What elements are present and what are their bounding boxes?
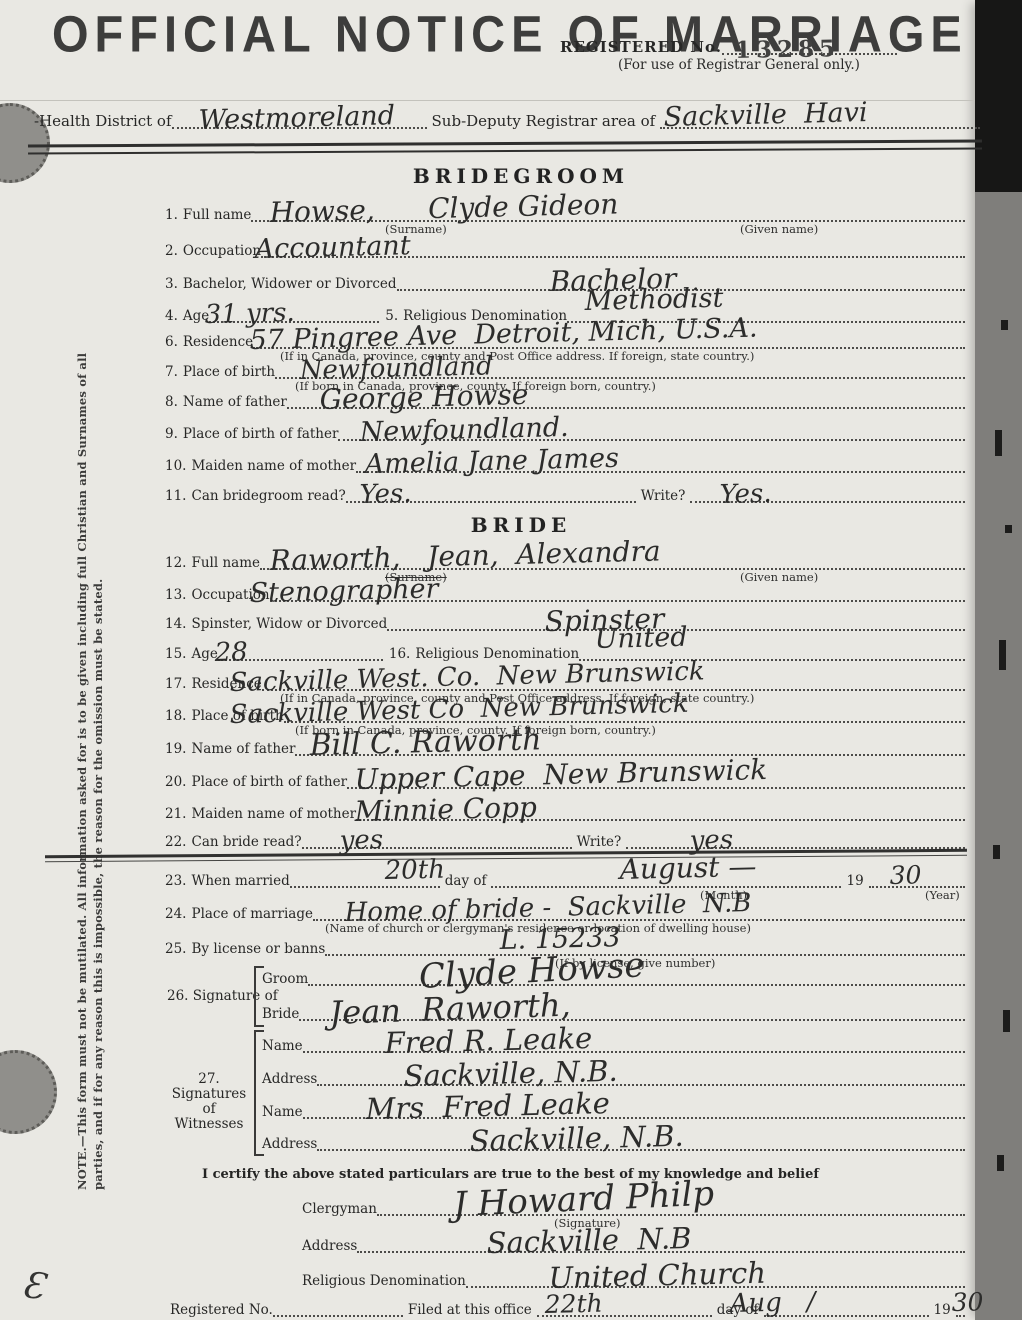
scan-noise-mark <box>995 430 1002 456</box>
hw-marriage-year: 30 <box>889 862 921 888</box>
field-bride-full-name: 12. Full name Raworth, Jean, Alexandra (… <box>165 553 965 570</box>
field-number: 12. <box>165 557 186 571</box>
scan-noise-mark <box>1001 320 1008 330</box>
write-label: Write? <box>577 836 622 850</box>
dotted-leader <box>273 1314 403 1317</box>
field-bride-birthplace: 18. Place of birth Sackville West Co New… <box>165 706 965 723</box>
hw-witness2-address: Sackville, N.B. <box>469 1122 684 1156</box>
field-bride-age-religion: 15. Age 16. Religious Denomination 28 Un… <box>165 644 965 661</box>
field-number: 3. <box>165 278 178 292</box>
hw-district: Westmoreland <box>198 102 395 134</box>
field-number: 25. <box>165 943 186 957</box>
field-label: Place of marriage <box>191 908 312 922</box>
hw-filed-day: 22th <box>544 1291 603 1317</box>
field-label: Maiden name of mother <box>191 460 356 474</box>
witnesses-label-line3: Witnesses <box>167 1117 251 1132</box>
section-divider <box>28 140 982 155</box>
bride-label: Bride <box>262 1008 299 1022</box>
address-label: Address <box>302 1240 357 1254</box>
filed-at-office-row: Registered No. Filed at this office day … <box>170 1300 965 1317</box>
field-number: 15. <box>165 648 186 662</box>
field-witness2-name: Name Mrs Fred Leake <box>262 1102 965 1119</box>
witnesses-label-line1: Signatures <box>172 1086 246 1102</box>
field-groom-literacy: 11. Can bridegroom read? Write? Yes. Yes… <box>165 486 965 503</box>
field-label: Full name <box>191 557 260 571</box>
registrar-general-note: (For use of Registrar General only.) <box>618 57 860 73</box>
field-groom-birthplace: 7. Place of birth Newfoundland (If born … <box>165 362 965 379</box>
hw-groom-can-write: Yes. <box>719 481 772 508</box>
scan-noise-mark <box>1003 1010 1010 1032</box>
field-groom-signature: Groom Clyde Howse <box>262 969 965 986</box>
clergyman-label: Clergyman <box>302 1203 377 1217</box>
field-clergyman-address: Address Sackville N.B <box>302 1236 965 1253</box>
field-number: 7. <box>165 366 178 380</box>
field-label: When married <box>191 875 289 889</box>
field-bride-signature: Bride Jean Raworth, <box>262 1004 965 1021</box>
field-label: Place of birth of father <box>191 776 347 790</box>
hw-clergyman-denomination: United Church <box>548 1259 766 1293</box>
hw-groom-religion: Methodist <box>584 285 723 315</box>
margin-note-line1: NOTE.—This form must not be mutilated. A… <box>74 378 90 1190</box>
field-label: Occupation <box>183 245 261 259</box>
health-district-label: -Health District of <box>34 114 172 129</box>
hw-marriage-day: 20th <box>384 857 445 884</box>
day-of-label: day of <box>445 875 487 889</box>
field-label: Name of father <box>191 743 295 757</box>
field-label: Place of birth of father <box>183 428 339 442</box>
field-label: Religious Denomination <box>415 648 579 662</box>
field-number: 24. <box>165 908 186 922</box>
filed-label: Filed at this office <box>408 1304 532 1318</box>
hw-marriage-month: August — <box>619 853 756 884</box>
field-label: Full name <box>183 209 252 223</box>
field-label: Can bridegroom read? <box>191 490 345 504</box>
scan-noise-mark <box>993 845 1000 859</box>
dotted-leader <box>290 885 440 888</box>
witness-name-label: Name <box>262 1040 303 1054</box>
field-number: 10. <box>165 460 186 474</box>
field-number: 2. <box>165 245 178 259</box>
hw-groom-can-read: Yes. <box>359 481 412 508</box>
hw-groom-occupation: Accountant <box>254 232 411 263</box>
field-label: Spinster, Widow or Divorced <box>191 618 387 632</box>
witnesses-label-line2: of <box>167 1102 251 1117</box>
field-witness2-address: Address Sackville, N.B. <box>262 1134 965 1151</box>
hw-bride-mother: Minnie Copp <box>354 794 537 826</box>
hw-witness1-name: Fred R. Leake <box>384 1024 592 1058</box>
registered-no-footer-label: Registered No. <box>170 1304 273 1318</box>
field-groom-full-name: 1. Full name Howse, Clyde Gideon (Surnam… <box>165 205 965 222</box>
field-label: Residence <box>183 336 253 350</box>
field-clergyman-denomination: Religious Denomination United Church <box>302 1271 965 1288</box>
groom-label: Groom <box>262 973 308 987</box>
field-number: 4. <box>165 310 178 324</box>
denomination-label: Religious Denomination <box>302 1275 466 1289</box>
scan-edge-dark-corner <box>975 0 1022 192</box>
dotted-leader <box>491 885 841 888</box>
witnesses-label: 27. Signatures of Witnesses <box>167 1072 251 1132</box>
hw-witness2-name: Mrs Fred Leake <box>365 1089 610 1124</box>
field-bride-father-birthplace: 20. Place of birth of father Upper Cape … <box>165 772 965 789</box>
field-label: Can bride read? <box>191 836 301 850</box>
field-label: Name of father <box>183 396 287 410</box>
year-prefix: 19 <box>934 1304 951 1318</box>
scan-noise-mark <box>999 640 1006 670</box>
witness-address-label: Address <box>262 1073 317 1087</box>
field-groom-father-birthplace: 9. Place of birth of father Newfoundland… <box>165 424 965 441</box>
field-number: 17. <box>165 678 186 692</box>
field-witness1-name: Name Fred R. Leake <box>262 1036 965 1053</box>
registered-no-row: REGISTERED No. 13285 <box>560 38 897 55</box>
field-number: 11. <box>165 490 186 504</box>
field-number: 27. <box>198 1071 219 1087</box>
write-label: Write? <box>641 490 686 504</box>
year-prefix: 19 <box>846 875 863 889</box>
subdeputy-label: Sub-Deputy Registrar area of <box>432 114 656 129</box>
hw-bride-occupation: Stenographer <box>249 575 438 607</box>
hw-bride-father: Bill C. Raworth <box>309 725 542 761</box>
hw-clergyman-address: Sackville N.B <box>486 1224 691 1258</box>
registered-no-label: REGISTERED No. <box>560 40 722 55</box>
field-groom-occupation: 2. Occupation Accountant <box>165 241 965 258</box>
field-label: Maiden name of mother <box>191 808 356 822</box>
field-clergyman-signature: Clergyman J Howard Philp (Signature) <box>302 1199 965 1216</box>
field-label: Bachelor, Widower or Divorced <box>183 278 397 292</box>
scan-edge-band <box>975 0 1022 1320</box>
witness-address-label: Address <box>262 1138 317 1152</box>
field-number: 21. <box>165 808 186 822</box>
field-number: 23. <box>165 875 186 889</box>
witness-name-label: Name <box>262 1106 303 1120</box>
field-number: 20. <box>165 776 186 790</box>
year-sublabel: (Year) <box>925 890 960 902</box>
margin-note-line2: parties, and if for any reason this is i… <box>90 378 106 1190</box>
hw-groom-father-birthplace: Newfoundland. <box>359 414 569 446</box>
field-label: Signature of <box>193 988 278 1004</box>
margin-note: NOTE.—This form must not be mutilated. A… <box>74 378 106 1190</box>
field-number: 16. <box>389 648 410 662</box>
field-label: Place of birth <box>183 366 275 380</box>
district-row: -Health District of Sub-Deputy Registrar… <box>34 112 980 129</box>
field-number: 19. <box>165 743 186 757</box>
field-bride-father: 19. Name of father Bill C. Raworth <box>165 739 965 756</box>
hw-filed-year: 30 <box>951 1289 983 1315</box>
hw-bride-age: 28 <box>214 639 248 666</box>
hw-groom-father: George Howse <box>319 381 528 414</box>
field-bride-occupation: 13. Occupation Stenographer <box>165 585 965 602</box>
field-number: 6. <box>165 336 178 350</box>
field-witness1-address: Address Sackville, N.B. <box>262 1069 965 1086</box>
certification-statement: I certify the above stated particulars a… <box>202 1167 819 1182</box>
given-name-sublabel: (Given name) <box>740 572 818 584</box>
field-number: 8. <box>165 396 178 410</box>
field-number: 18. <box>165 710 186 724</box>
field-groom-marital-status: 3. Bachelor, Widower or Divorced Bachelo… <box>165 274 965 291</box>
field-when-married: 23. When married day of 19 20th August —… <box>165 871 965 888</box>
hw-bride-can-read: yes <box>339 827 383 854</box>
field-number: 9. <box>165 428 178 442</box>
hw-filed-month: Aug / <box>729 1289 815 1317</box>
field-groom-mother: 10. Maiden name of mother Amelia Jane Ja… <box>165 456 965 473</box>
field-number: 26. <box>167 988 188 1004</box>
bride-section-header: BRIDE <box>90 513 952 537</box>
field-number: 14. <box>165 618 186 632</box>
hw-subdeputy-area: Sackville Havi <box>663 99 868 131</box>
field-number: 13. <box>165 589 186 603</box>
field-bride-marital-status: 14. Spinster, Widow or Divorced Spinster <box>165 614 965 631</box>
field-number: 22. <box>165 836 186 850</box>
field-place-of-marriage: 24. Place of marriage Home of bride - Sa… <box>165 904 965 921</box>
scanned-marriage-notice: Ɛ NOTE.—This form must not be mutilated.… <box>0 0 1022 1320</box>
field-label: By license or banns <box>191 943 325 957</box>
scan-noise-mark <box>997 1155 1004 1171</box>
field-bride-residence: 17. Residence Sackville West. Co. New Br… <box>165 674 965 691</box>
scan-noise-mark <box>1005 525 1012 533</box>
margin-scribble: Ɛ <box>20 1265 47 1308</box>
field-bride-literacy: 22. Can bride read? Write? yes yes <box>165 832 965 849</box>
field-groom-father: 8. Name of father George Howse <box>165 392 965 409</box>
hw-groom-mother: Amelia Jane James <box>364 445 619 478</box>
punch-hole-bottom <box>0 1050 57 1134</box>
hw-bride-religion: United <box>594 624 688 653</box>
field-bride-mother: 21. Maiden name of mother Minnie Copp <box>165 804 965 821</box>
field-groom-residence: 6. Residence 57 Pingree Ave Detroit, Mic… <box>165 332 965 349</box>
given-name-sublabel: (Given name) <box>740 224 818 236</box>
field-number: 1. <box>165 209 178 223</box>
section-divider <box>45 849 967 862</box>
bridegroom-section-header: BRIDEGROOM <box>90 164 952 188</box>
